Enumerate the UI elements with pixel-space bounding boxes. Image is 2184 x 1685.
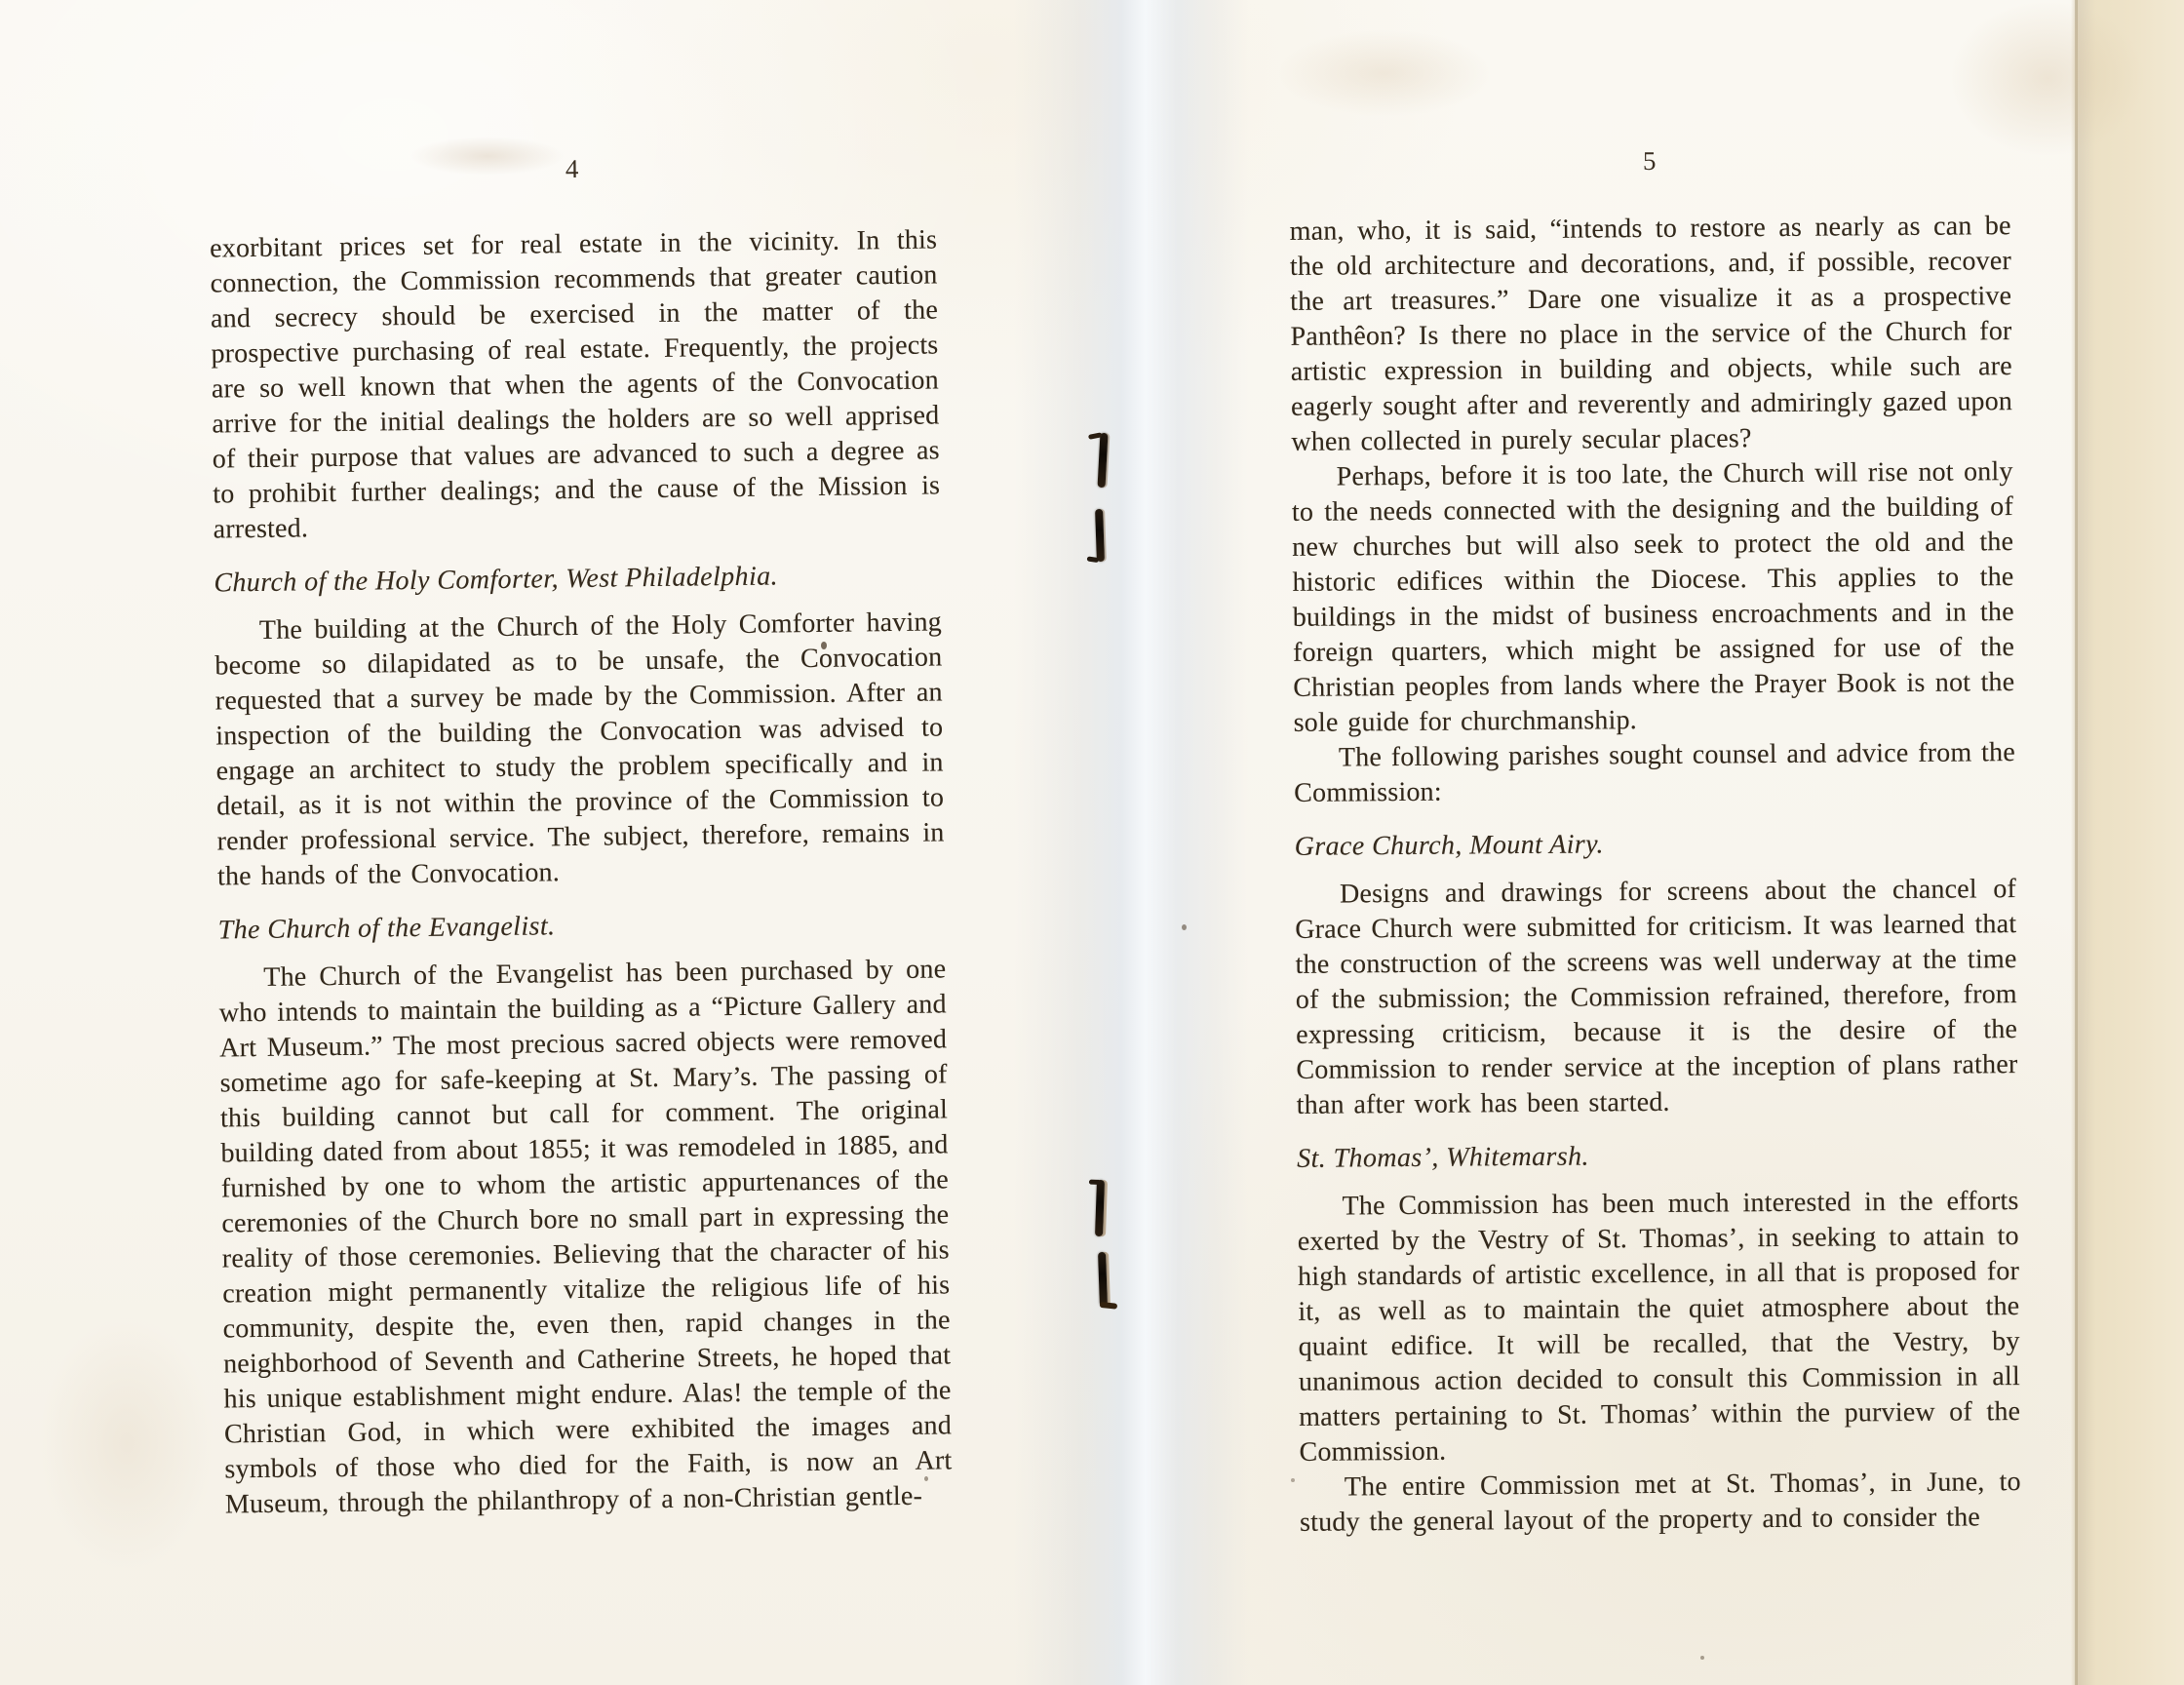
body-paragraph: man, who, it is said, “intends to restor… xyxy=(1290,209,2013,460)
section-heading: The Church of the Evangelist. xyxy=(217,905,945,947)
section-heading: Church of the Holy Comforter, West Phila… xyxy=(214,558,941,600)
paper-blemish xyxy=(39,1316,214,1570)
page-number-right: 5 xyxy=(1289,143,2010,179)
book-scan: 4 exorbitant prices set for real estate … xyxy=(0,0,2184,1685)
left-page: 4 exorbitant prices set for real estate … xyxy=(209,149,953,1522)
ink-speck xyxy=(1700,1656,1704,1660)
page-fold-gutter xyxy=(1014,0,1248,1685)
body-paragraph: The Commission has been much interested … xyxy=(1297,1184,2020,1470)
body-paragraph: The building at the Church of the Holy C… xyxy=(214,605,945,894)
body-paragraph: The entire Commission met at St. Thomas’… xyxy=(1300,1465,2022,1541)
right-paper-edge xyxy=(2071,0,2184,1685)
body-paragraph: Perhaps, before it is too late, the Chur… xyxy=(1292,454,2015,741)
body-paragraph: exorbitant prices set for real estate in… xyxy=(210,222,941,547)
paper-blemish xyxy=(1950,0,2145,156)
ink-speck xyxy=(821,642,827,649)
body-paragraph: The Church of the Evangelist has been pu… xyxy=(218,952,953,1522)
paper-blemish xyxy=(1277,29,1492,117)
section-heading: St. Thomas’, Whitemarsh. xyxy=(1297,1137,2018,1176)
body-paragraph: The following parishes sought counsel an… xyxy=(1294,735,2016,811)
right-page: 5 man, who, it is said, “intends to rest… xyxy=(1289,143,2021,1541)
page-number-left: 4 xyxy=(209,149,936,188)
ink-speck xyxy=(924,1476,928,1481)
section-heading: Grace Church, Mount Airy. xyxy=(1295,825,2016,864)
body-paragraph: Designs and drawings for screens about t… xyxy=(1295,872,2018,1123)
ink-speck xyxy=(1291,1478,1295,1482)
ink-speck xyxy=(1182,924,1187,930)
